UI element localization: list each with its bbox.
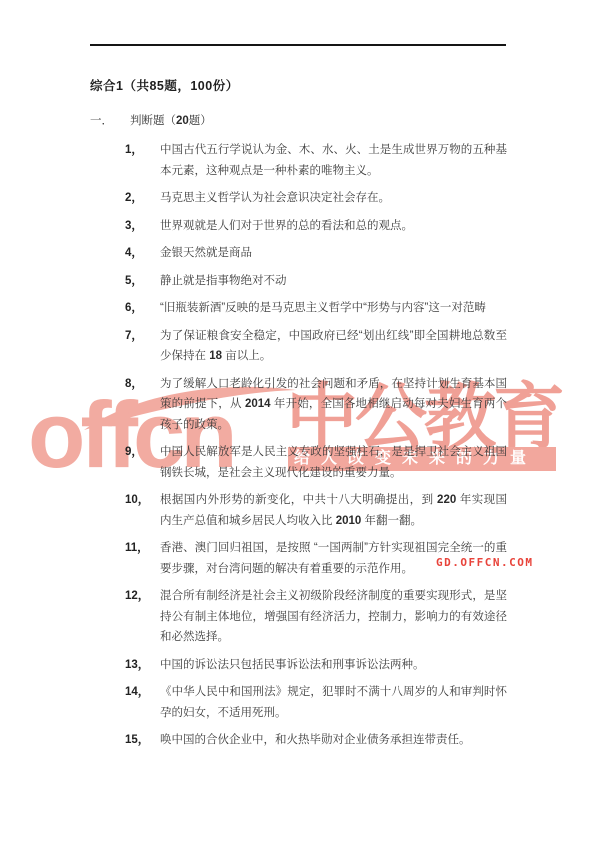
question-text: 中国古代五行学说认为金、木、水、火、土是生成世界万物的五种基本元素，这种观点是一… <box>160 140 507 181</box>
question-number: 4， <box>125 243 160 264</box>
question-text: 中国的诉讼法只包括民事诉讼法和刑事诉讼法两种。 <box>160 655 507 676</box>
text-segment: 判断题（ <box>130 115 176 127</box>
question-row: 2，马克思主义哲学认为社会意识决定社会存在。 <box>90 188 507 209</box>
document-content: 综合1（共85题，100份） 一．判断题（20题） 1，中国古代五行学说认为金、… <box>0 0 595 841</box>
section-index: 一． <box>90 112 130 128</box>
text-segment: 题） <box>189 115 212 127</box>
question-row: 10，根据国内外形势的新变化，中共十八大明确提出，到 220 年实现国内生产总值… <box>90 490 507 531</box>
question-row: 6，“旧瓶装新酒”反映的是马克思主义哲学中“形势与内容”这一对范畴 <box>90 298 507 319</box>
text-segment: 马克思主义哲学认为社会意识决定社会存在。 <box>160 192 390 204</box>
section-heading: 一．判断题（20题） <box>90 112 212 128</box>
question-number: 11， <box>125 538 160 579</box>
question-row: 1，中国古代五行学说认为金、木、水、火、土是生成世界万物的五种基本元素，这种观点… <box>90 140 507 181</box>
question-row: 5，静止就是指事物绝对不动 <box>90 271 507 292</box>
question-number: 10， <box>125 490 160 531</box>
text-segment: 根据国内外形势的新变化，中共十八大明确提出，到 <box>160 494 437 506</box>
question-number: 7， <box>125 326 160 367</box>
question-number: 8， <box>125 374 160 436</box>
question-row: 4，金银天然就是商品 <box>90 243 507 264</box>
question-text: 混合所有制经济是社会主义初级阶段经济制度的重要实现形式，是坚持公有制主体地位，增… <box>160 586 507 648</box>
question-text: 唤中国的合伙企业中，和火热毕勋对企业债务承担连带责任。 <box>160 730 507 751</box>
text-segment: 《中华人民中和国刑法》规定，犯罪时不满十八周岁的人和审判时怀孕的妇女，不适用死刑… <box>160 686 507 719</box>
question-number: 1， <box>125 140 160 181</box>
text-segment: 年翻一翻。 <box>361 515 422 527</box>
text-segment: 20 <box>176 115 189 127</box>
text-segment: 唤中国的合伙企业中，和火热毕勋对企业债务承担连带责任。 <box>160 734 471 746</box>
question-number: 6， <box>125 298 160 319</box>
question-text: 为了保证粮食安全稳定，中国政府已经“划出红线”即全国耕地总数至少保持在 18 亩… <box>160 326 507 367</box>
question-text: 静止就是指事物绝对不动 <box>160 271 507 292</box>
question-text: 根据国内外形势的新变化，中共十八大明确提出，到 220 年实现国内生产总值和城乡… <box>160 490 507 531</box>
question-number: 14， <box>125 682 160 723</box>
text-segment: 中国人民解放军是人民主义专政的坚强柱石，是是捍卫社会主义祖国钢铁长城，是社会主义… <box>160 446 507 479</box>
question-row: 3，世界观就是人们对于世界的总的看法和总的观点。 <box>90 216 507 237</box>
question-row: 12，混合所有制经济是社会主义初级阶段经济制度的重要实现形式，是坚持公有制主体地… <box>90 586 507 648</box>
text-segment: 2014 <box>245 398 271 410</box>
question-row: 15，唤中国的合伙企业中，和火热毕勋对企业债务承担连带责任。 <box>90 730 507 751</box>
document-page: offcn 中公教育 给人改变未来的力量 GD.OFFCN.COM 综合1（共8… <box>0 0 595 841</box>
question-text: 中国人民解放军是人民主义专政的坚强柱石，是是捍卫社会主义祖国钢铁长城，是社会主义… <box>160 442 507 483</box>
text-segment: 2010 <box>336 515 362 527</box>
question-row: 8，为了缓解人口老龄化引发的社会问题和矛盾，在坚持计划生育基本国策的前提下，从 … <box>90 374 507 436</box>
question-text: 世界观就是人们对于世界的总的看法和总的观点。 <box>160 216 507 237</box>
question-number: 5， <box>125 271 160 292</box>
text-segment: 混合所有制经济是社会主义初级阶段经济制度的重要实现形式，是坚持公有制主体地位，增… <box>160 590 507 643</box>
section-name: 判断题（20题） <box>130 115 212 127</box>
text-segment: 香港、澳门回归祖国，是按照 “一国两制”方针实现祖国完全统一的重要步骤，对台湾问… <box>160 542 507 575</box>
question-number: 13， <box>125 655 160 676</box>
question-row: 14，《中华人民中和国刑法》规定，犯罪时不满十八周岁的人和审判时怀孕的妇女，不适… <box>90 682 507 723</box>
text-segment: 220 <box>437 494 456 506</box>
text-segment: 18 <box>209 350 222 362</box>
question-number: 9， <box>125 442 160 483</box>
question-text: 《中华人民中和国刑法》规定，犯罪时不满十八周岁的人和审判时怀孕的妇女，不适用死刑… <box>160 682 507 723</box>
header-rule <box>90 44 506 46</box>
page-title: 综合1（共85题，100份） <box>90 76 239 94</box>
question-text: 金银天然就是商品 <box>160 243 507 264</box>
question-number: 15， <box>125 730 160 751</box>
text-segment: “旧瓶装新酒”反映的是马克思主义哲学中“形势与内容”这一对范畴 <box>160 302 486 314</box>
question-row: 13，中国的诉讼法只包括民事诉讼法和刑事诉讼法两种。 <box>90 655 507 676</box>
question-row: 9，中国人民解放军是人民主义专政的坚强柱石，是是捍卫社会主义祖国钢铁长城，是社会… <box>90 442 507 483</box>
text-segment: 亩以上。 <box>222 350 271 362</box>
question-list: 1，中国古代五行学说认为金、木、水、火、土是生成世界万物的五种基本元素，这种观点… <box>90 140 507 758</box>
text-segment: 静止就是指事物绝对不动 <box>160 275 287 287</box>
question-text: 为了缓解人口老龄化引发的社会问题和矛盾，在坚持计划生育基本国策的前提下，从 20… <box>160 374 507 436</box>
text-segment: 金银天然就是商品 <box>160 247 252 259</box>
question-number: 2， <box>125 188 160 209</box>
question-text: “旧瓶装新酒”反映的是马克思主义哲学中“形势与内容”这一对范畴 <box>160 298 507 319</box>
question-text: 香港、澳门回归祖国，是按照 “一国两制”方针实现祖国完全统一的重要步骤，对台湾问… <box>160 538 507 579</box>
question-text: 马克思主义哲学认为社会意识决定社会存在。 <box>160 188 507 209</box>
question-row: 11，香港、澳门回归祖国，是按照 “一国两制”方针实现祖国完全统一的重要步骤，对… <box>90 538 507 579</box>
question-row: 7，为了保证粮食安全稳定，中国政府已经“划出红线”即全国耕地总数至少保持在 18… <box>90 326 507 367</box>
question-number: 12， <box>125 586 160 648</box>
text-segment: 中国古代五行学说认为金、木、水、火、土是生成世界万物的五种基本元素，这种观点是一… <box>160 144 507 177</box>
question-number: 3， <box>125 216 160 237</box>
text-segment: 世界观就是人们对于世界的总的看法和总的观点。 <box>160 220 413 232</box>
text-segment: 中国的诉讼法只包括民事诉讼法和刑事诉讼法两种。 <box>160 659 425 671</box>
